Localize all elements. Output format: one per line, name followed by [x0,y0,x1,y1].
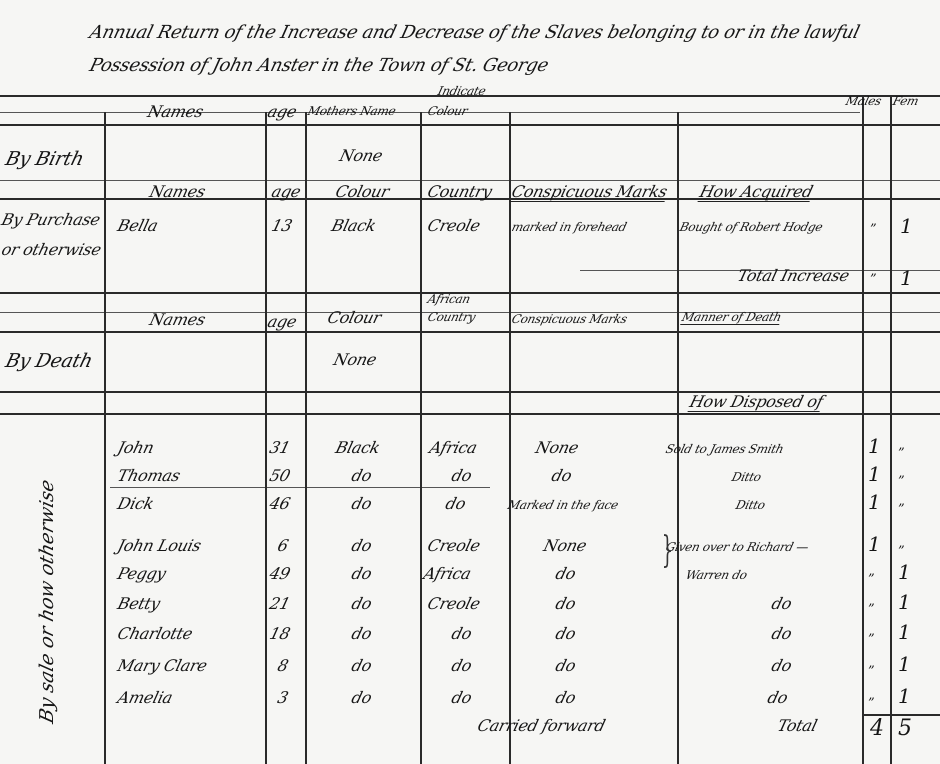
sale-females: 1 [898,560,911,584]
col-line [265,112,267,764]
sale-males: 1 [868,462,881,486]
header-age: age [266,102,299,121]
sale-country: do [450,656,474,675]
sale-marks: Marked in the face [506,498,619,512]
sale-country: do [450,688,474,707]
sale-colour: do [350,656,374,675]
sale-males: 1 [868,490,881,514]
total-label: Total [776,716,819,735]
sale-males: ” [868,632,875,647]
sale-marks: do [554,688,578,707]
col-line [305,112,307,764]
sale-age: 18 [268,624,293,643]
purchase-country: Creole [426,216,483,235]
by-birth-label: By Birth [3,148,86,170]
sale-males: ” [868,664,875,679]
how-disposed-header: How Disposed of [688,392,825,412]
purchase-header-names: Names [148,182,208,201]
sale-females: 1 [898,620,911,644]
total-males: 4 [870,716,884,741]
sale-age: 50 [268,466,293,485]
by-death-label: By Death [3,350,95,372]
rule [0,413,940,415]
sale-country: Creole [426,536,483,555]
sale-marks: do [554,594,578,613]
by-purchase-label-2: or otherwise [0,240,103,259]
sale-disposed: Given over to Richard — [664,540,810,554]
sale-name: Mary Clare [116,656,209,675]
header-females: Fem [891,94,920,108]
col-line [890,95,892,764]
sale-marks: do [554,564,578,583]
brace-icon: } [662,530,673,571]
death-header-country: Country [426,310,477,324]
sale-females: ” [898,502,905,517]
col-line [677,112,679,764]
carried-forward-label: Carried forward [476,716,608,735]
sale-country: Africa [422,564,473,583]
slave-register-page: Annual Return of the Increase and Decrea… [0,0,940,764]
sale-disposed: do [766,688,790,707]
purchase-header-age: age [270,182,303,201]
sale-disposed: do [770,624,794,643]
sale-country: do [444,494,468,513]
sale-females: ” [898,544,905,559]
death-header-age: age [266,312,299,331]
purchase-header-colour: Colour [334,182,392,201]
sale-females: 1 [898,684,911,708]
death-header-manner: Manner of Death [680,310,783,325]
death-header-colour: Colour [326,308,384,327]
purchase-males: ” [870,222,877,237]
sale-disposed: do [770,594,794,613]
purchase-marks: marked in forehead [510,220,628,234]
sale-age: 6 [276,536,291,555]
sale-marks: do [554,656,578,675]
sale-marks: do [550,466,574,485]
sale-age: 46 [268,494,293,513]
purchase-age: 13 [270,216,295,235]
sale-disposed: Sold to James Smith [664,442,785,456]
sale-country: do [450,624,474,643]
sale-females: 1 [898,590,911,614]
sale-colour: do [350,688,374,707]
sale-name: John Louis [116,536,203,555]
total-females: 5 [898,716,912,741]
total-increase-females: 1 [900,266,913,290]
sale-age: 8 [276,656,291,675]
sale-colour: do [350,564,374,583]
sale-colour: do [350,536,374,555]
purchase-header-marks: Conspicuous Marks [510,182,670,202]
sale-age: 21 [268,594,293,613]
sale-males: ” [868,572,875,587]
header-indicate: Indicate [436,84,487,98]
header-males: Males [844,94,883,108]
sale-name: Peggy [116,564,168,583]
sale-females: ” [898,474,905,489]
death-header-names: Names [148,310,208,329]
sale-country: Creole [426,594,483,613]
sale-marks: None [534,438,581,457]
sale-disposed: Ditto [730,470,762,484]
col-line [104,112,106,764]
sale-country: do [450,466,474,485]
sale-males: ” [868,602,875,617]
sale-disposed: Ditto [734,498,766,512]
header-mothers-name: Mothers Name [306,104,397,118]
sale-name: Dick [116,494,156,513]
total-increase-males: ” [870,272,877,287]
sale-name: Thomas [116,466,182,485]
sale-age: 3 [276,688,291,707]
purchase-name: Bella [116,216,160,235]
header-names: Names [146,102,206,121]
by-birth-value: None [338,146,385,165]
title-line-2: Possession of John Anster in the Town of… [87,55,550,76]
sale-disposed: Warren do [684,568,748,582]
sale-name: Amelia [116,688,175,707]
sale-name: John [116,438,156,457]
rule [0,180,940,181]
sale-males: ” [868,696,875,711]
rule [0,331,940,333]
sale-marks: do [554,624,578,643]
by-purchase-label-1: By Purchase [0,210,102,229]
sale-females: 1 [898,652,911,676]
sale-females: ” [898,446,905,461]
sale-colour: do [350,594,374,613]
sale-colour: do [350,494,374,513]
sale-males: 1 [868,532,881,556]
purchase-colour: Black [330,216,378,235]
sale-age: 31 [268,438,293,457]
purchase-header-country: Country [426,182,494,201]
purchase-females: 1 [900,214,913,238]
purchase-header-how-acquired: How Acquired [698,182,815,202]
total-increase-label: Total Increase [736,266,852,285]
col-line [862,95,864,764]
sale-colour: Black [334,438,382,457]
by-sale-label: By sale or how otherwise [36,477,58,725]
sale-males: 1 [868,434,881,458]
sale-country: Africa [428,438,479,457]
col-line [509,112,511,764]
death-header-african: African [426,292,471,306]
sale-marks: None [542,536,589,555]
by-death-value: None [332,350,379,369]
death-header-marks: Conspicuous Marks [510,312,628,326]
sale-disposed: do [770,656,794,675]
sale-name: Charlotte [116,624,195,643]
sale-colour: do [350,624,374,643]
rule [0,124,940,126]
sale-colour: do [350,466,374,485]
header-colour: Colour [426,104,469,118]
title-line-1: Annual Return of the Increase and Decrea… [87,22,861,43]
rule [110,487,490,488]
purchase-how: Bought of Robert Hodge [678,220,824,234]
sale-name: Betty [116,594,162,613]
sale-age: 49 [268,564,293,583]
col-line [420,112,422,764]
